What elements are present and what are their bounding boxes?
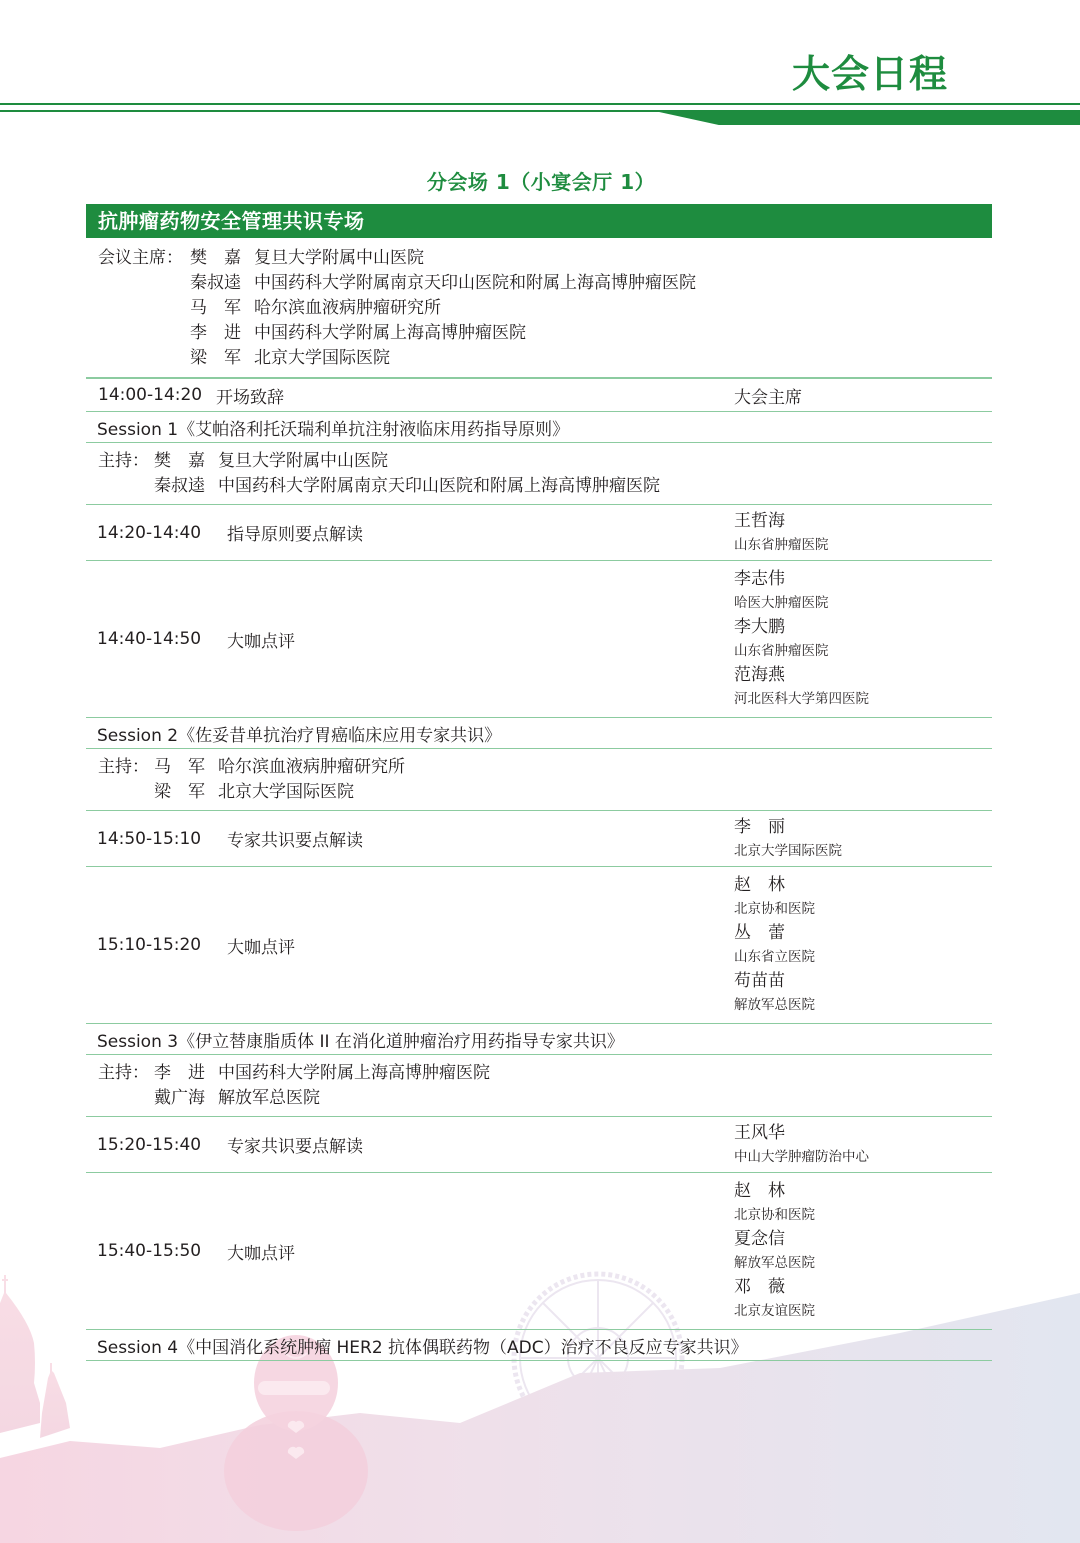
host-name: 秦叔逵	[154, 474, 218, 499]
schedule-table: 抗肿瘤药物安全管理共识专场 会议主席： 樊 嘉复旦大学附属中山医院 秦叔逵中国药…	[86, 204, 992, 1361]
session-title-row: Session 4《中国消化系统肿瘤 HER2 抗体偶联药物（ADC）治疗不良反…	[86, 1330, 992, 1361]
hosts-block: 主持：李 进中国药科大学附属上海高博肿瘤医院 戴广海解放军总医院	[86, 1055, 992, 1117]
host-name: 戴广海	[154, 1086, 218, 1111]
speaker-name: 赵 林	[734, 1178, 992, 1204]
snowman-icon	[224, 1335, 368, 1531]
chair-entry: 马 军哈尔滨血液病肿瘤研究所	[190, 296, 992, 321]
speaker-name: 李大鹏	[734, 614, 992, 640]
topic: 大咖点评	[227, 1239, 734, 1264]
host-institution: 复旦大学附属中山医院	[218, 449, 388, 474]
speaker-name: 李志伟	[734, 566, 992, 592]
chair-name: 樊 嘉	[190, 246, 254, 271]
speaker-list: 王风华 中山大学肿瘤防治中心	[734, 1116, 992, 1174]
chair-institution: 中国药科大学附属上海高博肿瘤医院	[254, 321, 526, 346]
chair-name: 李 进	[190, 321, 254, 346]
host-name: 李 进	[154, 1061, 218, 1086]
chair-name: 秦叔逵	[190, 271, 254, 296]
track-banner: 抗肿瘤药物安全管理共识专场	[86, 204, 992, 238]
chair-name: 梁 军	[190, 346, 254, 371]
talk-row: 15:20-15:40 专家共识要点解读 王风华 中山大学肿瘤防治中心	[86, 1117, 992, 1173]
chair-entry: 梁 军北京大学国际医院	[190, 346, 992, 371]
topic: 专家共识要点解读	[227, 1132, 734, 1157]
header-accent-wedge	[650, 110, 1080, 125]
speaker-name: 范海燕	[734, 662, 992, 688]
time-slot: 14:50-15:10	[86, 829, 227, 849]
time-slot: 14:00-14:20	[86, 385, 216, 405]
hosts-block: 主持：马 军哈尔滨血液病肿瘤研究所 梁 军北京大学国际医院	[86, 749, 992, 811]
host-institution: 解放军总医院	[218, 1086, 320, 1111]
speaker-name: 夏念信	[734, 1226, 992, 1252]
header-divider-line	[0, 103, 1080, 105]
chairs-block: 会议主席： 樊 嘉复旦大学附属中山医院 秦叔逵中国药科大学附属南京天印山医院和附…	[86, 238, 992, 378]
speaker-name: 苟苗苗	[734, 968, 992, 994]
speaker-list: 李 丽 北京大学国际医院	[734, 810, 992, 868]
chair-name: 马 军	[190, 296, 254, 321]
speaker-name: 赵 林	[734, 872, 992, 898]
speaker-institution: 解放军总医院	[734, 1252, 992, 1274]
speaker-institution: 中山大学肿瘤防治中心	[734, 1146, 992, 1168]
speaker-name: 丛 蕾	[734, 920, 992, 946]
speaker-list: 王哲海 山东省肿瘤医院	[734, 504, 992, 562]
chair-institution: 北京大学国际医院	[254, 346, 390, 371]
host-institution: 中国药科大学附属南京天印山医院和附属上海高博肿瘤医院	[218, 474, 660, 499]
time-slot: 15:10-15:20	[86, 935, 227, 955]
host-name: 樊 嘉	[154, 449, 218, 474]
topic: 专家共识要点解读	[227, 826, 734, 851]
talk-row: 15:40-15:50 大咖点评 赵 林 北京协和医院 夏念信 解放军总医院 邓…	[86, 1173, 992, 1330]
session-title-row: Session 3《伊立替康脂质体 II 在消化道肿瘤治疗用药指导专家共识》	[86, 1024, 992, 1055]
chair-entry: 秦叔逵中国药科大学附属南京天印山医院和附属上海高博肿瘤医院	[190, 271, 992, 296]
topic: 开场致辞	[216, 383, 284, 408]
chair-institution: 哈尔滨血液病肿瘤研究所	[254, 296, 441, 321]
speaker-institution: 河北医科大学第四医院	[734, 688, 992, 710]
speaker-list: 赵 林 北京协和医院 夏念信 解放军总医院 邓 薇 北京友谊医院	[734, 1174, 992, 1328]
host-name: 梁 军	[154, 780, 218, 805]
speaker-name: 李 丽	[734, 814, 992, 840]
talk-row: 14:20-14:40 指导原则要点解读 王哲海 山东省肿瘤医院	[86, 505, 992, 561]
opening-row: 14:00-14:20 开场致辞 大会主席	[86, 378, 992, 412]
chair-entry: 李 进中国药科大学附属上海高博肿瘤医院	[190, 321, 992, 346]
hosts-label: 主持：	[98, 755, 154, 780]
speaker-institution: 山东省肿瘤医院	[734, 534, 992, 556]
host-name: 马 军	[154, 755, 218, 780]
time-slot: 14:20-14:40	[86, 523, 227, 543]
session-title-row: Session 1《艾帕洛利托沃瑞利单抗注射液临床用药指导原则》	[86, 412, 992, 443]
topic: 指导原则要点解读	[227, 520, 734, 545]
session-title-row: Session 2《佐妥昔单抗治疗胃癌临床应用专家共识》	[86, 718, 992, 749]
chair-institution: 中国药科大学附属南京天印山医院和附属上海高博肿瘤医院	[254, 271, 696, 296]
speaker-name: 王风华	[734, 1120, 992, 1146]
topic: 大咖点评	[227, 627, 734, 652]
time-slot: 15:40-15:50	[86, 1241, 227, 1261]
hosts-label: 主持：	[98, 1061, 154, 1086]
chairs-label: 会议主席：	[98, 246, 190, 371]
time-slot: 14:40-14:50	[86, 629, 227, 649]
speaker-institution: 北京协和医院	[734, 1204, 992, 1226]
speaker-institution: 山东省立医院	[734, 946, 992, 968]
speaker-institution: 北京协和医院	[734, 898, 992, 920]
page-title: 大会日程	[792, 52, 948, 96]
speaker-institution: 解放军总医院	[734, 994, 992, 1016]
speaker-institution: 北京大学国际医院	[734, 840, 992, 862]
talk-row: 14:40-14:50 大咖点评 李志伟 哈医大肿瘤医院 李大鹏 山东省肿瘤医院…	[86, 561, 992, 718]
speaker-institution: 北京友谊医院	[734, 1300, 992, 1322]
speaker-name: 大会主席	[734, 383, 802, 408]
speaker-list: 李志伟 哈医大肿瘤医院 李大鹏 山东省肿瘤医院 范海燕 河北医科大学第四医院	[734, 562, 992, 716]
hall-title-text: 分会场 1（小宴会厅 1）	[427, 170, 655, 194]
talk-row: 15:10-15:20 大咖点评 赵 林 北京协和医院 丛 蕾 山东省立医院 苟…	[86, 867, 992, 1024]
hosts-label: 主持：	[98, 449, 154, 474]
host-institution: 中国药科大学附属上海高博肿瘤医院	[218, 1061, 490, 1086]
host-institution: 哈尔滨血液病肿瘤研究所	[218, 755, 405, 780]
time-slot: 15:20-15:40	[86, 1135, 227, 1155]
speaker-name: 邓 薇	[734, 1274, 992, 1300]
chair-institution: 复旦大学附属中山医院	[254, 246, 424, 271]
hosts-block: 主持：樊 嘉复旦大学附属中山医院 秦叔逵中国药科大学附属南京天印山医院和附属上海…	[86, 443, 992, 505]
speaker-institution: 哈医大肿瘤医院	[734, 592, 992, 614]
talk-row: 14:50-15:10 专家共识要点解读 李 丽 北京大学国际医院	[86, 811, 992, 867]
cathedral-icon	[0, 1275, 70, 1438]
topic: 大咖点评	[227, 933, 734, 958]
host-institution: 北京大学国际医院	[218, 780, 354, 805]
hall-title: 分会场 1（小宴会厅 1）	[0, 166, 1080, 195]
speaker-name: 王哲海	[734, 508, 992, 534]
speaker-institution: 山东省肿瘤医院	[734, 640, 992, 662]
chair-entry: 樊 嘉复旦大学附属中山医院	[190, 246, 992, 271]
speaker-list: 赵 林 北京协和医院 丛 蕾 山东省立医院 苟苗苗 解放军总医院	[734, 868, 992, 1022]
